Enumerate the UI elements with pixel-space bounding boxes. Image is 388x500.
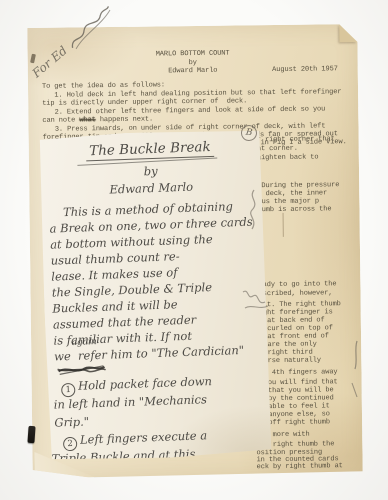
note-line: the Single, Double & Triple (52, 280, 213, 300)
circled-step-number: 2 (63, 437, 77, 451)
note-line: Buckles and it will be (52, 297, 178, 315)
binding-clip-mark (27, 426, 35, 443)
pencil-margin-stroke (350, 382, 358, 398)
typed-fragment: raighten back to (253, 153, 319, 162)
note-text: Hold packet face down (78, 374, 212, 393)
intro-text: happens next. (96, 116, 154, 125)
paper-crease (283, 213, 284, 237)
typed-intro-line: can note what happens next. (42, 116, 153, 125)
crossed-out-word (56, 362, 106, 378)
pencil-margin-stroke (352, 340, 360, 370)
typed-fragment: thumb is across the (253, 205, 331, 214)
note-line: Grip." (54, 414, 89, 429)
note-line: at bottom without using the (50, 232, 213, 252)
pencil-margin-scribble (240, 286, 270, 314)
note-title-text: The Buckle Break (86, 139, 214, 161)
pencil-margin-scribble (244, 188, 264, 232)
note-text: Left fingers execute a (80, 428, 208, 446)
struck-typed-word: what (79, 116, 96, 124)
folded-corner-top-right (339, 24, 357, 42)
circled-step-number: 1 (61, 383, 75, 397)
typed-date: August 20th 1957 (272, 65, 338, 74)
typed-fragment: er right corner that (253, 135, 335, 144)
typed-fragment: eck by right thumb at (257, 462, 343, 471)
note-text: we (54, 349, 75, 364)
typed-intro-line: To get the idea do as follows: (42, 81, 165, 91)
handwritten-note-page: The Buckle Break by Edward Marlo This is… (38, 128, 271, 462)
inserted-word: again (71, 338, 96, 348)
photo-background: MARLO BOTTOM COUNT by Edward Marlo Augus… (0, 0, 388, 500)
intro-text: can note (42, 116, 79, 124)
note-title: The Buckle Break (39, 138, 261, 160)
